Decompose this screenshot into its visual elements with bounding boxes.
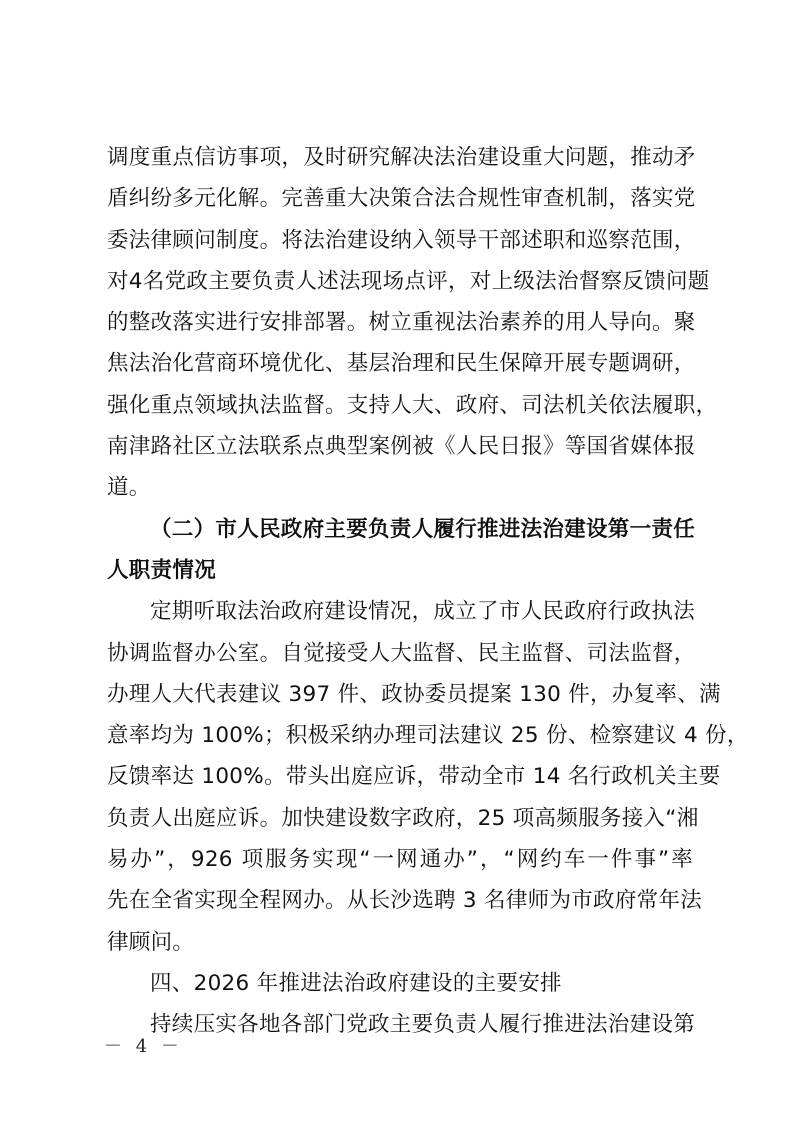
section-heading-line: （二）市人民政府主要负责人履行推进法治建设第一责任 — [107, 509, 693, 550]
chapter-heading-line: 四、2026 年推进法治政府建设的主要安排 — [107, 963, 693, 1004]
paragraph-line: 南津路社区立法联系点典型案例被《人民日报》等国省媒体报 — [107, 426, 693, 467]
paragraph-line: 定期听取法治政府建设情况，成立了市人民政府行政执法 — [107, 591, 693, 632]
page-number: － 4 － — [104, 1032, 183, 1058]
paragraph-line: 调度重点信访事项，及时研究解决法治建设重大问题，推动矛 — [107, 137, 693, 178]
section-heading-line: 人职责情况 — [107, 550, 693, 591]
paragraph-line: 委法律顾问制度。将法治建设纳入领导干部述职和巡察范围， — [107, 220, 693, 261]
document-body: 调度重点信访事项，及时研究解决法治建设重大问题，推动矛 盾纠纷多元化解。完善重大… — [107, 137, 693, 1046]
paragraph-line: 意率均为 100%；积极采纳办理司法建议 25 份、检察建议 4 份， — [107, 715, 693, 756]
paragraph-line: 负责人出庭应诉。加快建设数字政府，25 项高频服务接入“湘 — [107, 798, 693, 839]
paragraph-line: 办理人大代表建议 397 件、政协委员提案 130 件，办复率、满 — [107, 674, 693, 715]
paragraph-line: 焦法治化营商环境优化、基层治理和民生保障开展专题调研， — [107, 343, 693, 384]
paragraph-line: 易办”，926 项服务实现“一网通办”，“网约车一件事”率 — [107, 839, 693, 880]
paragraph-line: 律顾问。 — [107, 922, 693, 963]
paragraph-line: 盾纠纷多元化解。完善重大决策合法合规性审查机制，落实党 — [107, 178, 693, 219]
paragraph-line: 反馈率达 100%。带头出庭应诉，带动全市 14 名行政机关主要 — [107, 756, 693, 797]
paragraph-line: 的整改落实进行安排部署。树立重视法治素养的用人导向。聚 — [107, 302, 693, 343]
paragraph-line: 先在全省实现全程网办。从长沙选聘 3 名律师为市政府常年法 — [107, 880, 693, 921]
paragraph-line: 对4名党政主要负责人述法现场点评，对上级法治督察反馈问题 — [107, 261, 693, 302]
paragraph-line: 协调监督办公室。自觉接受人大监督、民主监督、司法监督， — [107, 633, 693, 674]
paragraph-line: 道。 — [107, 467, 693, 508]
paragraph-line: 强化重点领域执法监督。支持人大、政府、司法机关依法履职， — [107, 385, 693, 426]
paragraph-line: 持续压实各地各部门党政主要负责人履行推进法治建设第 — [107, 1004, 693, 1045]
